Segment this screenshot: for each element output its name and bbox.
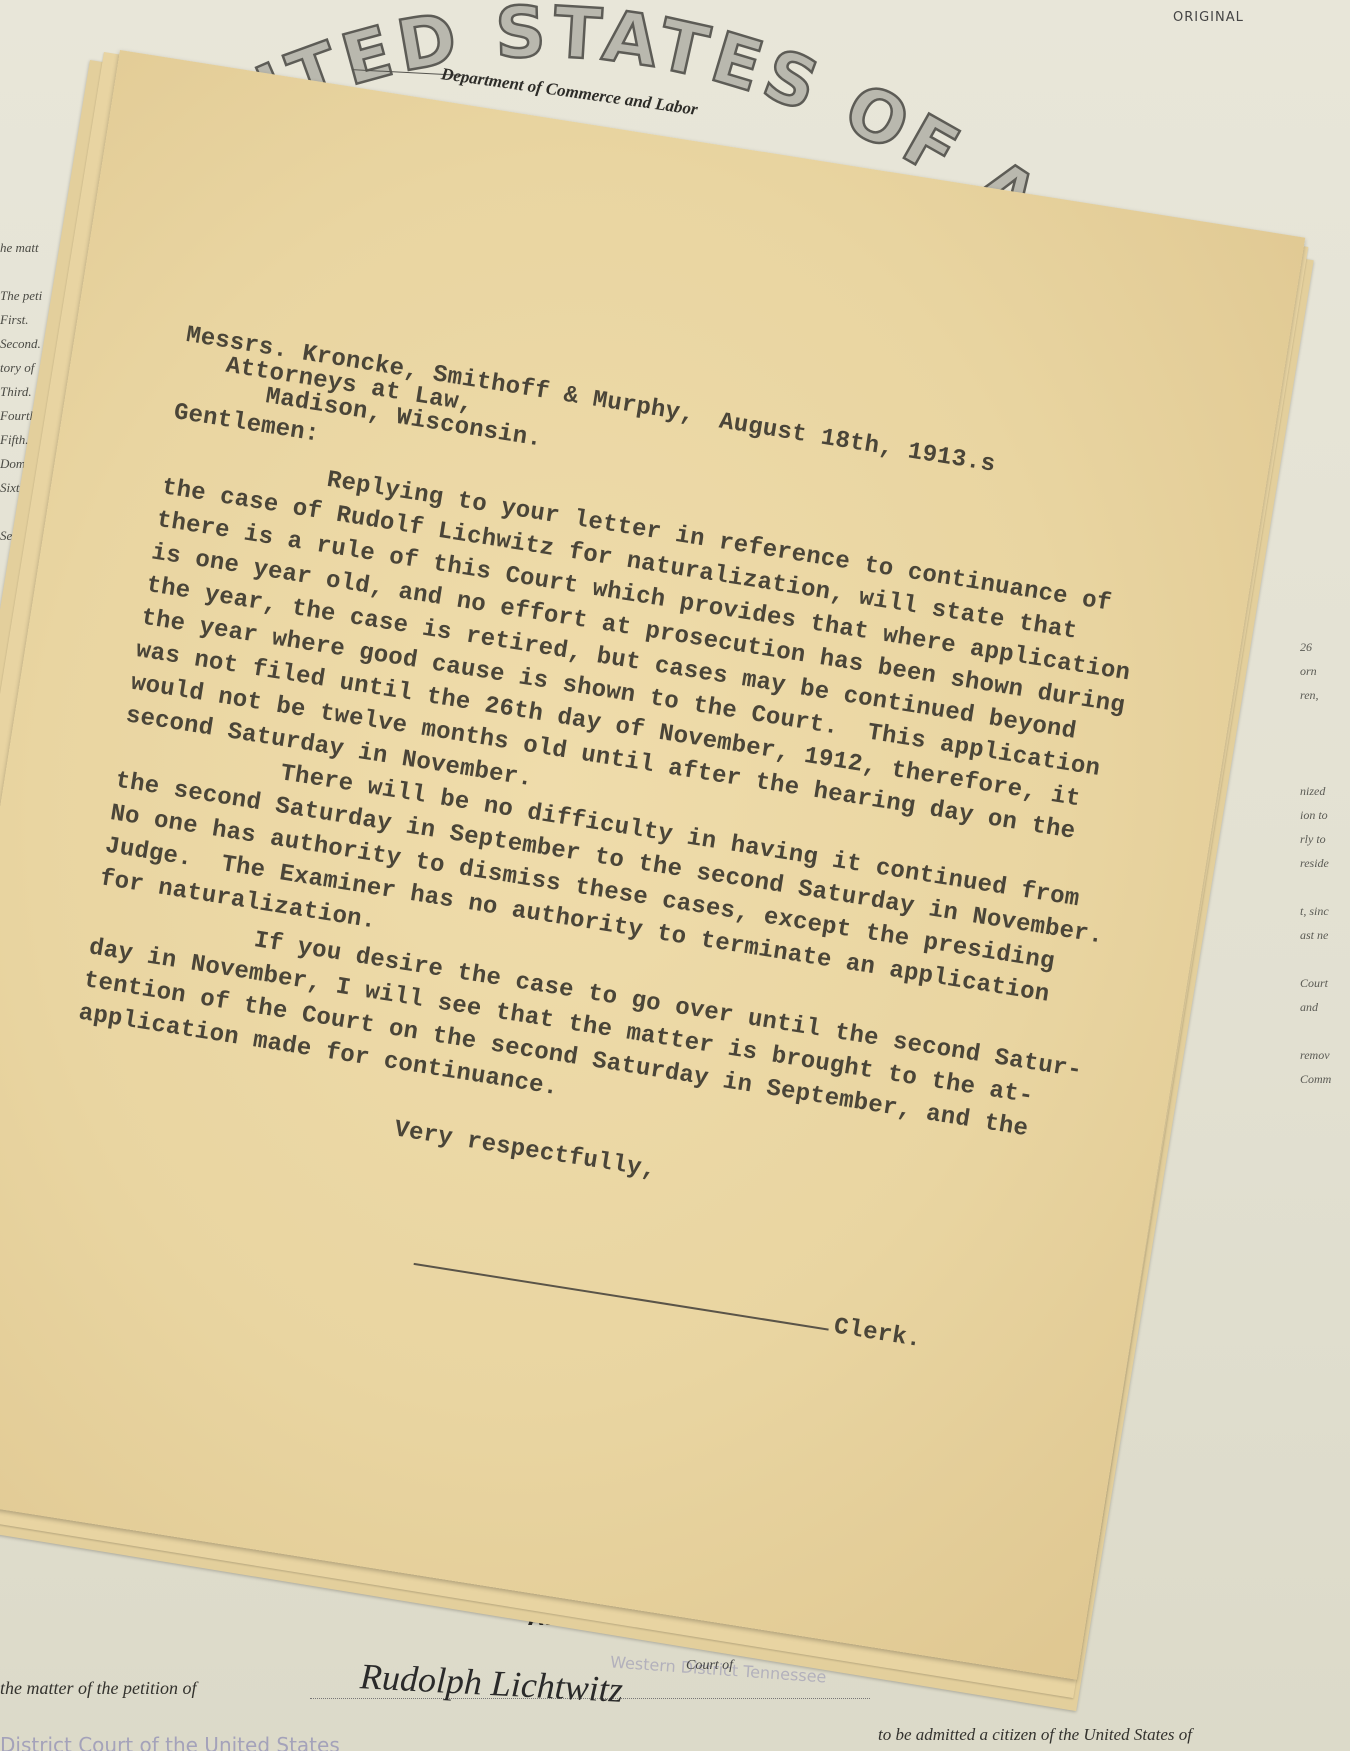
form-label: nized — [1300, 784, 1350, 808]
signature-title: Clerk. — [832, 1314, 923, 1354]
form-label — [1300, 952, 1350, 976]
form-label: and — [1300, 1000, 1350, 1024]
form-label — [1300, 736, 1350, 760]
form-label: Comm — [1300, 1072, 1350, 1096]
letter-body: Replying to your letter in reference to … — [76, 439, 1019, 1164]
form-label — [1300, 880, 1350, 904]
form-label: t, sinc — [1300, 904, 1350, 928]
copy-mark: ORIGINAL — [1173, 10, 1244, 25]
form-label — [1300, 1024, 1350, 1048]
letter-date: August 18th, 1913.s — [717, 408, 997, 478]
right-margin-labels: 26 orn ren, nized ion to rly to reside t… — [1300, 640, 1350, 1096]
form-label: 26 — [1300, 640, 1350, 664]
form-label: ast ne — [1300, 928, 1350, 952]
district-court-stamp: District Court of the United States — [0, 1733, 340, 1751]
petition-label: the matter of the petition of — [0, 1678, 196, 1699]
signature-line — [414, 1263, 829, 1331]
form-label: reside — [1300, 856, 1350, 880]
form-label — [1300, 712, 1350, 736]
form-label: ion to — [1300, 808, 1350, 832]
typed-letter: August 18th, 1913.s Messrs. Kroncke, Smi… — [0, 50, 1305, 1680]
form-label — [1300, 760, 1350, 784]
letter-closing: Very respectfully, — [392, 1116, 658, 1184]
form-label: rly to — [1300, 832, 1350, 856]
form-label: remov — [1300, 1048, 1350, 1072]
form-label: ren, — [1300, 688, 1350, 712]
form-label: orn — [1300, 664, 1350, 688]
form-label: Court — [1300, 976, 1350, 1000]
court-of-label: Court of — [686, 1658, 733, 1674]
petitioner-signature: Rudolph Lichtwitz — [359, 1655, 624, 1711]
admitted-label: to be admitted a citizen of the United S… — [878, 1725, 1192, 1745]
